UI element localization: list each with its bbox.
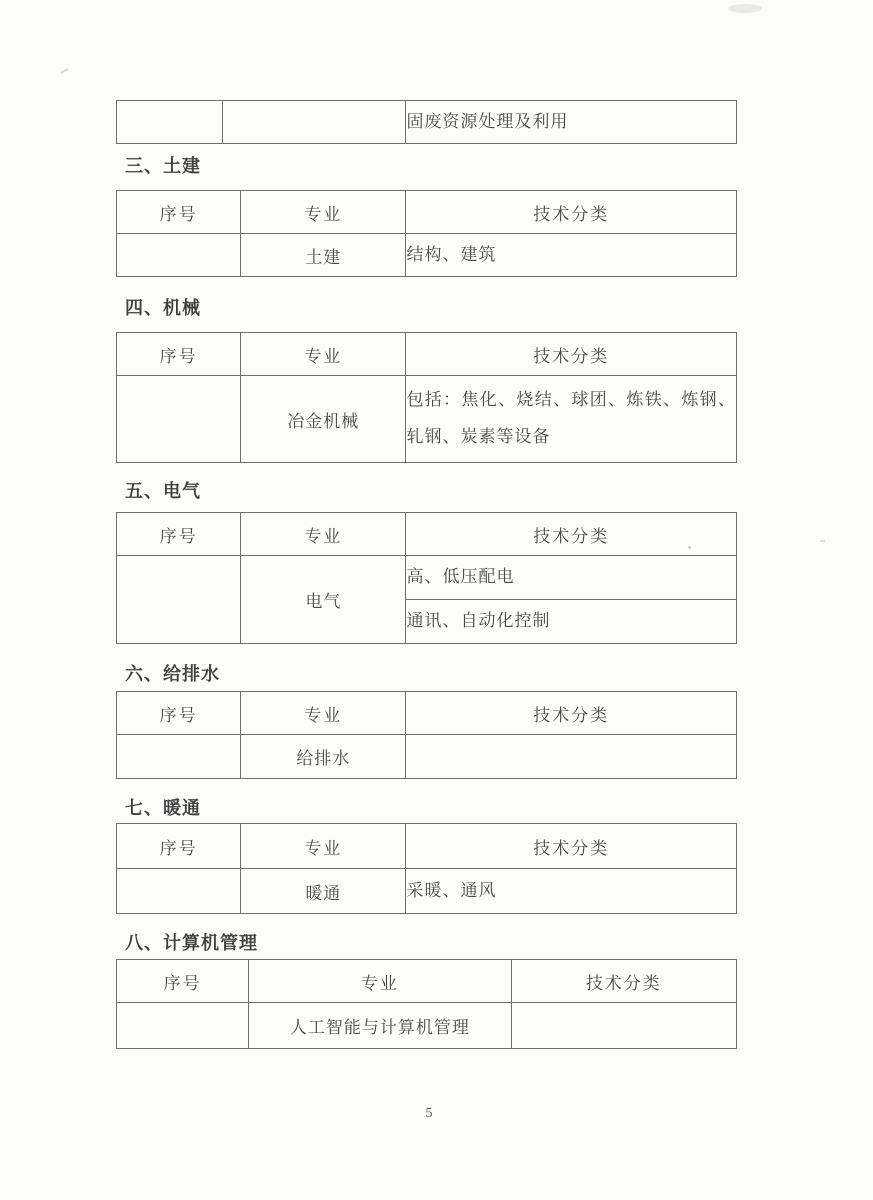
column-header: 序号 bbox=[117, 692, 241, 735]
cell-major: 人工智能与计算机管理 bbox=[249, 1003, 511, 1049]
cell-major bbox=[223, 101, 406, 144]
column-header: 技术分类 bbox=[406, 191, 737, 234]
document-page: 固废资源处理及利用 三、土建 序号专业技术分类土建结构、建筑 四、机械 序号专业… bbox=[0, 0, 873, 1200]
cell-seq bbox=[117, 376, 241, 463]
cell-seq bbox=[117, 1003, 249, 1049]
cell-major: 冶金机械 bbox=[241, 376, 406, 463]
column-header: 序号 bbox=[117, 824, 241, 869]
column-header: 技术分类 bbox=[511, 960, 736, 1003]
cell-category: 包括：焦化、烧结、球团、炼铁、炼钢、轧钢、炭素等设备 bbox=[406, 376, 737, 463]
section-heading-tujian: 三、土建 bbox=[125, 152, 201, 178]
cell-category: 高、低压配电 bbox=[406, 556, 737, 600]
column-header: 专业 bbox=[241, 513, 406, 556]
column-header: 序号 bbox=[117, 191, 241, 234]
scan-speckle bbox=[300, 757, 306, 759]
column-header: 序号 bbox=[117, 333, 241, 376]
column-header: 专业 bbox=[241, 692, 406, 735]
cell-category bbox=[511, 1003, 736, 1049]
section-table-dianqi: 序号专业技术分类电气高、低压配电通讯、自动化控制 bbox=[116, 512, 737, 644]
column-header: 专业 bbox=[249, 960, 511, 1003]
section-table-geipaishui: 序号专业技术分类给排水 bbox=[116, 691, 737, 779]
column-header: 技术分类 bbox=[406, 333, 737, 376]
cell-major: 给排水 bbox=[241, 735, 406, 779]
scan-speckle bbox=[820, 540, 825, 542]
section-table-nuantong: 序号专业技术分类暖通采暖、通风 bbox=[116, 823, 737, 914]
cell-major: 暖通 bbox=[241, 869, 406, 914]
cell-major: 土建 bbox=[241, 234, 406, 277]
cell-category: 固废资源处理及利用 bbox=[406, 101, 737, 144]
section-heading-nuantong: 七、暖通 bbox=[125, 794, 201, 820]
section-heading-geipaishui: 六、给排水 bbox=[125, 660, 220, 686]
continuation-table: 固废资源处理及利用 bbox=[116, 100, 737, 144]
cell-seq bbox=[117, 556, 241, 644]
column-header: 技术分类 bbox=[406, 692, 737, 735]
column-header: 专业 bbox=[241, 824, 406, 869]
section-table-tujian: 序号专业技术分类土建结构、建筑 bbox=[116, 190, 737, 277]
cell-category bbox=[406, 735, 737, 779]
cell-category: 结构、建筑 bbox=[406, 234, 737, 277]
cell-seq bbox=[117, 869, 241, 914]
column-header: 技术分类 bbox=[406, 824, 737, 869]
column-header: 专业 bbox=[241, 191, 406, 234]
section-table-jisuanji: 序号专业技术分类人工智能与计算机管理 bbox=[116, 959, 737, 1049]
section-table-jixie: 序号专业技术分类冶金机械包括：焦化、烧结、球团、炼铁、炼钢、轧钢、炭素等设备 bbox=[116, 332, 737, 463]
scan-speckle bbox=[60, 68, 69, 74]
cell-category: 采暖、通风 bbox=[406, 869, 737, 914]
scan-smudge bbox=[728, 4, 762, 13]
cell-major: 电气 bbox=[241, 556, 406, 644]
section-heading-dianqi: 五、电气 bbox=[125, 477, 201, 503]
section-heading-jixie: 四、机械 bbox=[125, 294, 201, 320]
section-heading-jisuanji: 八、计算机管理 bbox=[125, 929, 258, 955]
column-header: 技术分类 bbox=[406, 513, 737, 556]
scan-speckle bbox=[688, 546, 691, 549]
cell-category: 通讯、自动化控制 bbox=[406, 600, 737, 644]
cell-seq bbox=[117, 735, 241, 779]
column-header: 序号 bbox=[117, 513, 241, 556]
page-number: 5 bbox=[0, 1106, 858, 1122]
cell-seq bbox=[117, 234, 241, 277]
column-header: 序号 bbox=[117, 960, 249, 1003]
cell-seq bbox=[117, 101, 223, 144]
column-header: 专业 bbox=[241, 333, 406, 376]
